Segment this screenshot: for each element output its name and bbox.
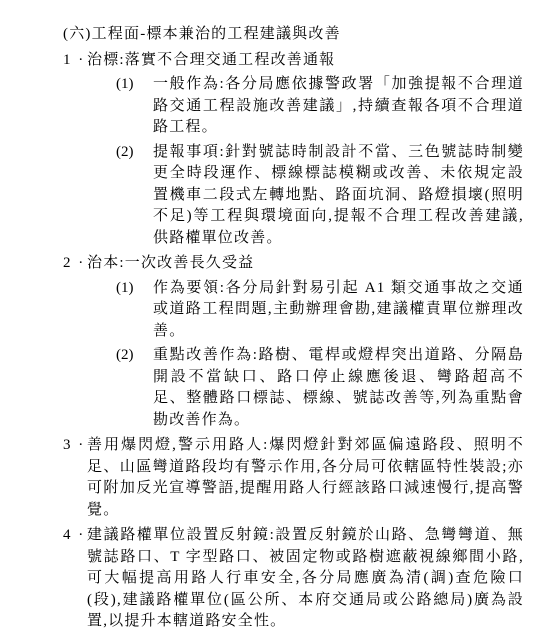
item-2-body: 治本:一次改善長久受益 (1) 作為要領:各分局針對易引起 A1 類交通事故之交…	[87, 253, 524, 431]
sub-item-1-1: (1) 一般作為:各分局應依據警政署「加強提報不合理道路交通工程設施改善建議」,…	[87, 74, 524, 139]
section-heading: (六)工程面-標本兼治的工程建議與改善	[63, 24, 524, 46]
sub-item-2-2: (2) 重點改善作為:路樹、電桿或燈桿突出道路、分隔島開設不當缺口、路口停止線應…	[87, 345, 524, 431]
list-item-3: 3 · 善用爆閃燈,警示用路人:爆閃燈針對郊區偏遠路段、照明不足、山區彎道路段均…	[63, 435, 524, 521]
sub-item-1-2-number: (2)	[116, 142, 153, 250]
sub-item-1-2: (2) 提報事項:針對號誌時制設計不當、三色號誌時制變更全時段運作、標線標誌模糊…	[87, 142, 524, 250]
item-2-title: 治本:一次改善長久受益	[87, 253, 524, 275]
item-4-number: 4 ·	[63, 525, 87, 633]
sub-item-2-1-text: 作為要領:各分局針對易引起 A1 類交通事故之交通或道路工程問題,主動辦理會勘,…	[153, 278, 524, 343]
list-item-1: 1 · 治標:落實不合理交通工程改善通報 (1) 一般作為:各分局應依據警政署「…	[63, 50, 524, 250]
item-4-body: 建議路權單位設置反射鏡:設置反射鏡於山路、急彎彎道、無號誌路口、T 字型路口、被…	[87, 525, 524, 633]
sub-item-2-1: (1) 作為要領:各分局針對易引起 A1 類交通事故之交通或道路工程問題,主動辦…	[87, 278, 524, 343]
item-4-text: 建議路權單位設置反射鏡:設置反射鏡於山路、急彎彎道、無號誌路口、T 字型路口、被…	[87, 525, 524, 633]
sub-item-1-2-text: 提報事項:針對號誌時制設計不當、三色號誌時制變更全時段運作、標線標誌模糊或改善、…	[153, 142, 524, 250]
sub-item-2-2-number: (2)	[116, 345, 153, 431]
sub-item-1-1-number: (1)	[116, 74, 153, 139]
item-3-number: 3 ·	[63, 435, 87, 521]
sub-item-1-1-text: 一般作為:各分局應依據警政署「加強提報不合理道路交通工程設施改善建議」,持續查報…	[153, 74, 524, 139]
item-1-body: 治標:落實不合理交通工程改善通報 (1) 一般作為:各分局應依據警政署「加強提報…	[87, 50, 524, 250]
item-3-body: 善用爆閃燈,警示用路人:爆閃燈針對郊區偏遠路段、照明不足、山區彎道路段均有警示作…	[87, 435, 524, 521]
sub-item-2-1-number: (1)	[116, 278, 153, 343]
item-3-text: 善用爆閃燈,警示用路人:爆閃燈針對郊區偏遠路段、照明不足、山區彎道路段均有警示作…	[87, 435, 524, 521]
sub-item-2-2-text: 重點改善作為:路樹、電桿或燈桿突出道路、分隔島開設不當缺口、路口停止線應後退、彎…	[153, 345, 524, 431]
item-1-number: 1 ·	[63, 50, 87, 250]
document-page: (六)工程面-標本兼治的工程建議與改善 1 · 治標:落實不合理交通工程改善通報…	[0, 0, 558, 640]
list-item-4: 4 · 建議路權單位設置反射鏡:設置反射鏡於山路、急彎彎道、無號誌路口、T 字型…	[63, 525, 524, 633]
list-item-2: 2 · 治本:一次改善長久受益 (1) 作為要領:各分局針對易引起 A1 類交通…	[63, 253, 524, 431]
item-2-number: 2 ·	[63, 253, 87, 431]
item-1-title: 治標:落實不合理交通工程改善通報	[87, 50, 524, 72]
